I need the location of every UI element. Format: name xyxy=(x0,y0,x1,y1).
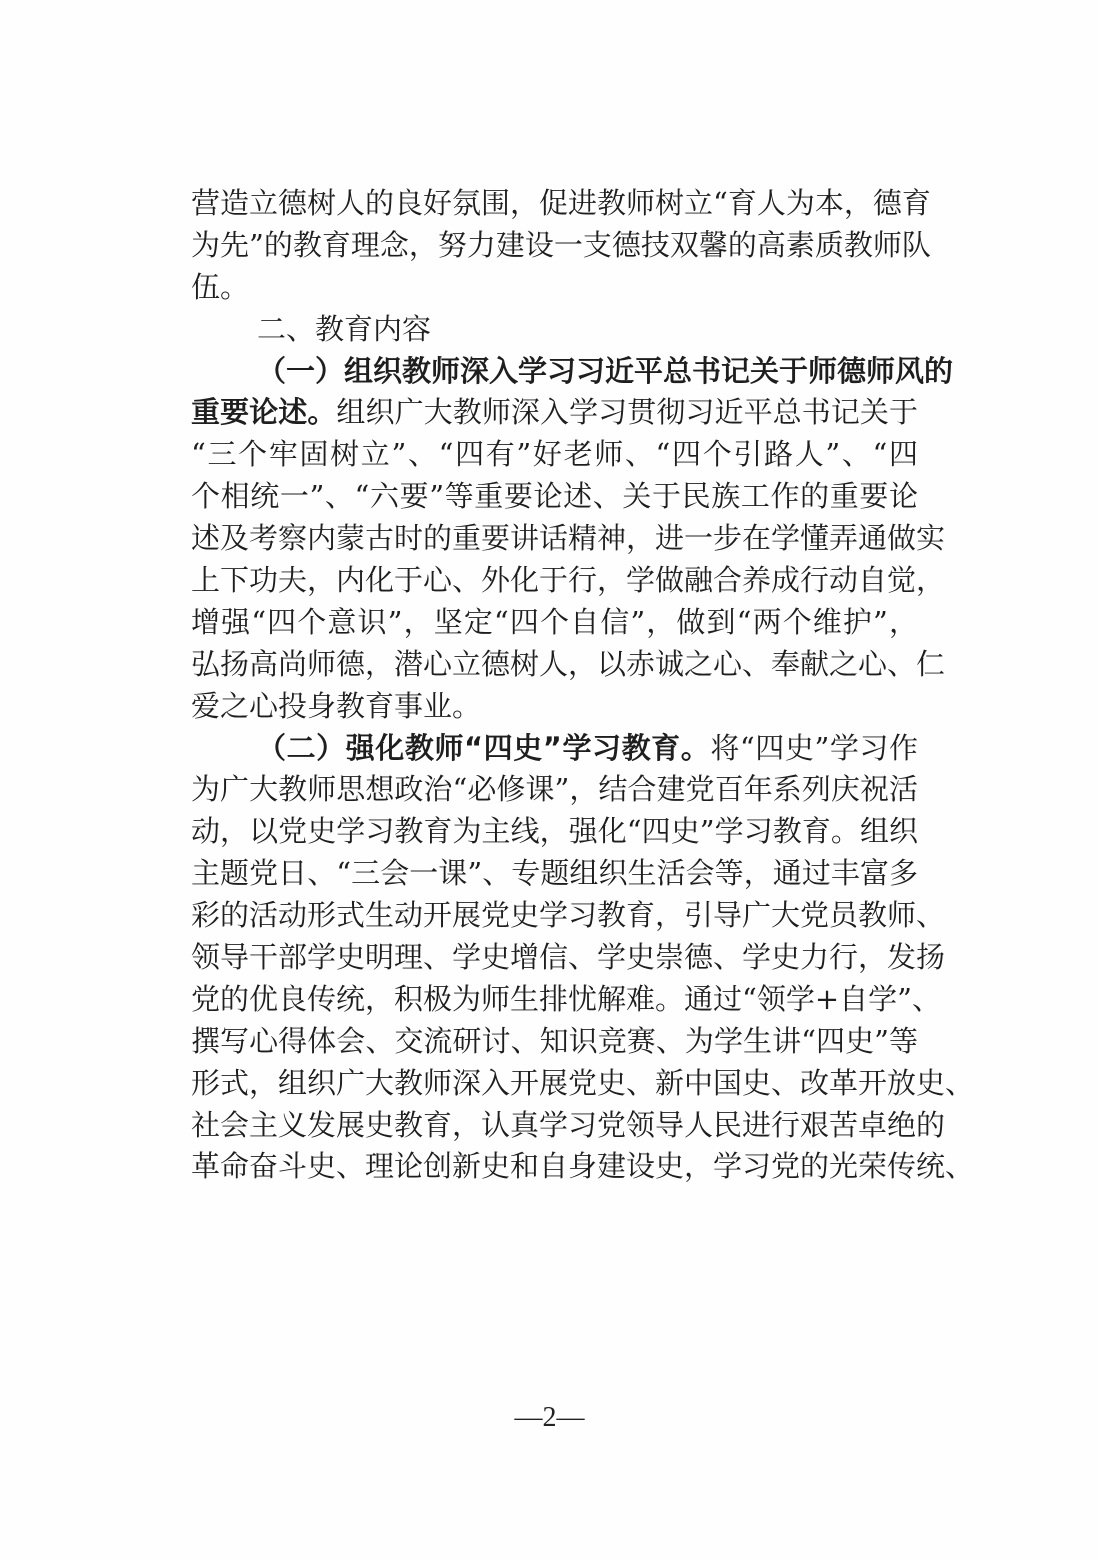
text-line: 增强“四个意识”，坚定“四个自信”，做到“两个维护”， xyxy=(191,602,918,644)
text-line: 个相统一”、“六要”等重要论述、关于民族工作的重要论 xyxy=(191,476,918,518)
item1-bold-title: （一）组织教师深入学习习近平总书记关于师德师风的 xyxy=(257,354,953,388)
text-line: 弘扬高尚师德，潜心立德树人，以赤诚之心、奉献之心、仁 xyxy=(191,644,918,686)
text-line: 撰写心得体会、交流研讨、知识竞赛、为学生讲“四史”等 xyxy=(191,1021,918,1063)
text-line: 主题党日、“三会一课”、专题组织生活会等，通过丰富多 xyxy=(191,853,918,895)
text-line: 社会主义发展史教育，认真学习党领导人民进行艰苦卓绝的 xyxy=(191,1105,918,1147)
document-body: 营造立德树人的良好氛围，促进教师树立“育人为本，德育 为先”的教育理念，努力建设… xyxy=(191,183,918,1188)
text-line: 爱之心投身教育事业。 xyxy=(191,686,918,728)
page-number: —2— xyxy=(0,1402,1099,1434)
item2-text: 将“四史”学习作 xyxy=(710,731,918,765)
text-line: 革命奋斗史、理论创新史和自身建设史，学习党的光荣传统、 xyxy=(191,1146,918,1188)
item2-bold-title: （二）强化教师“四史”学习教育。 xyxy=(257,731,710,765)
document-page: 营造立德树人的良好氛围，促进教师树立“育人为本，德育 为先”的教育理念，努力建设… xyxy=(0,0,1099,1559)
item1-bold-title-end: 重要论述。 xyxy=(191,395,336,429)
item1-heading-line: （一）组织教师深入学习习近平总书记关于师德师风的 xyxy=(191,351,918,393)
item1-line: 重要论述。组织广大教师深入学习贯彻习近平总书记关于 xyxy=(191,392,918,434)
text-line: 彩的活动形式生动开展党史学习教育，引导广大党员教师、 xyxy=(191,895,918,937)
item1-text: 组织广大教师深入学习贯彻习近平总书记关于 xyxy=(336,395,918,429)
text-line: 动，以党史学习教育为主线，强化“四史”学习教育。组织 xyxy=(191,811,918,853)
text-line: 营造立德树人的良好氛围，促进教师树立“育人为本，德育 xyxy=(191,183,918,225)
section-heading: 二、教育内容 xyxy=(191,309,918,351)
text-line: 为先”的教育理念，努力建设一支德技双馨的高素质教师队 xyxy=(191,225,918,267)
section-heading-text: 二、教育内容 xyxy=(257,312,431,346)
item2-heading-line: （二）强化教师“四史”学习教育。将“四史”学习作 xyxy=(191,728,918,770)
text-line: 述及考察内蒙古时的重要讲话精神，进一步在学懂弄通做实 xyxy=(191,518,918,560)
text-line: 形式，组织广大教师深入开展党史、新中国史、改革开放史、 xyxy=(191,1063,918,1105)
text-line: 上下功夫，内化于心、外化于行，学做融合养成行动自觉， xyxy=(191,560,918,602)
text-line: 伍。 xyxy=(191,267,918,309)
text-line: “三个牢固树立”、“四有”好老师、“四个引路人”、“四 xyxy=(191,434,918,476)
text-line: 领导干部学史明理、学史增信、学史崇德、学史力行，发扬 xyxy=(191,937,918,979)
text-line: 党的优良传统，积极为师生排忧解难。通过“领学+自学”、 xyxy=(191,979,918,1021)
text-line: 为广大教师思想政治“必修课”，结合建党百年系列庆祝活 xyxy=(191,769,918,811)
